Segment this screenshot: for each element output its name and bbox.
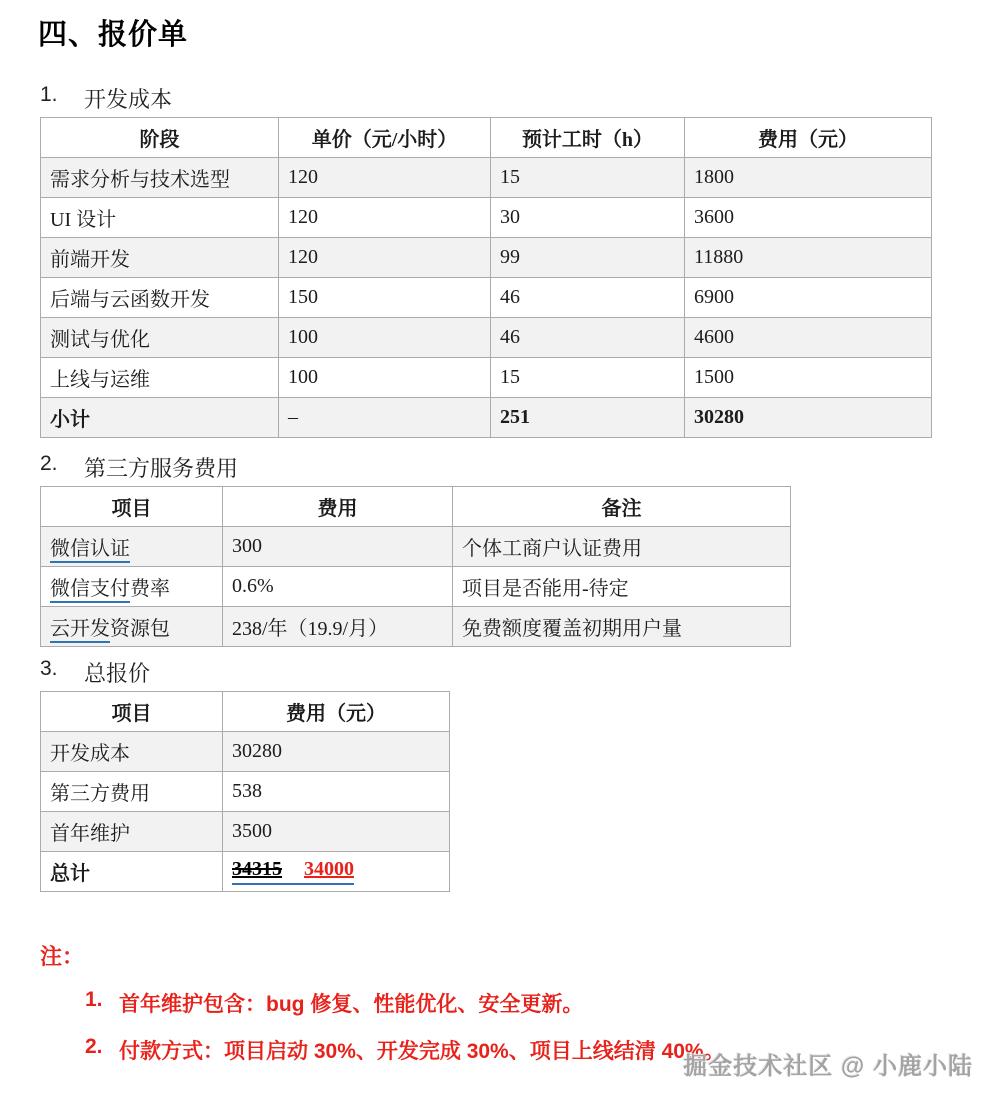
section-number: 1. [40,83,84,114]
cell-rate: – [279,398,491,438]
notes-block: 注： 1. 首年维护包含：bug 修复、性能优化、安全更新。 2. 付款方式：项… [40,940,725,1065]
cell-total-label: 总计 [41,852,223,892]
cell-hours: 99 [491,238,685,278]
cell-rate: 100 [279,358,491,398]
grand-total-row: 总计 3431534000 [41,852,450,892]
cell-total-value: 3431534000 [223,852,450,892]
table-header-row: 阶段 单价（元/小时） 预计工时（h） 费用（元） [41,118,932,158]
cell-rate: 100 [279,318,491,358]
cell-cost: 1800 [685,158,932,198]
column-header: 费用（元） [685,118,932,158]
table-row: UI 设计 120 30 3600 [41,198,932,238]
table-row: 首年维护 3500 [41,812,450,852]
note-text: 付款方式：项目启动 30%、开发完成 30%、项目上线结清 40%。 [119,1035,725,1065]
cell-phase: 需求分析与技术选型 [41,158,279,198]
notes-label: 注： [40,940,725,971]
cell-cost: 6900 [685,278,932,318]
total-value-group: 3431534000 [232,858,354,885]
column-header: 项目 [41,487,223,527]
cell-rate: 120 [279,238,491,278]
cell-cost-total: 30280 [685,398,932,438]
table-row: 微信认证 300 个体工商户认证费用 [41,527,791,567]
total-old-value: 34315 [232,858,282,880]
cell-item: 开发成本 [41,732,223,772]
cell-phase: 测试与优化 [41,318,279,358]
cell-cost: 1500 [685,358,932,398]
section-heading-label: 开发成本 [84,83,172,114]
table-row: 需求分析与技术选型 120 15 1800 [41,158,932,198]
cell-cost: 3600 [685,198,932,238]
column-header: 费用（元） [223,692,450,732]
section-number: 2. [40,452,84,483]
cell-item-rest: 费率 [130,578,170,600]
cloudbase-link[interactable]: 云开发 [50,618,110,643]
note-text: 首年维护包含：bug 修复、性能优化、安全更新。 [119,988,583,1018]
cell-hours-total: 251 [491,398,685,438]
cell-note: 免费额度覆盖初期用户量 [453,607,791,647]
section-heading-label: 总报价 [84,657,150,688]
table-row: 第三方费用 538 [41,772,450,812]
column-header: 预计工时（h） [491,118,685,158]
cell-rate: 120 [279,158,491,198]
note-number: 1. [85,988,119,1018]
third-party-table: 项目 费用 备注 微信认证 300 个体工商户认证费用 微信支付费率 0.6% … [40,486,791,647]
cell-item: 微信认证 [41,527,223,567]
section-heading-third-party: 2. 第三方服务费用 [40,452,238,483]
cell-phase: 前端开发 [41,238,279,278]
cell-note: 项目是否能用-待定 [453,567,791,607]
cell-rate: 150 [279,278,491,318]
cell-phase: 上线与运维 [41,358,279,398]
cell-cost: 30280 [223,732,450,772]
column-header: 单价（元/小时） [279,118,491,158]
column-header: 阶段 [41,118,279,158]
total-new-value: 34000 [304,858,354,880]
wechat-pay-link[interactable]: 微信支付 [50,578,130,603]
cell-cost: 3500 [223,812,450,852]
cell-cost: 11880 [685,238,932,278]
table-row: 开发成本 30280 [41,732,450,772]
column-header: 费用 [223,487,453,527]
cell-hours: 46 [491,318,685,358]
subtotal-row: 小计 – 251 30280 [41,398,932,438]
table-row: 微信支付费率 0.6% 项目是否能用-待定 [41,567,791,607]
column-header: 备注 [453,487,791,527]
section-heading-dev-cost: 1. 开发成本 [40,83,172,114]
section-number: 3. [40,657,84,688]
cell-item: 第三方费用 [41,772,223,812]
page-title: 四、报价单 [38,12,188,53]
total-quote-table: 项目 费用（元） 开发成本 30280 第三方费用 538 首年维护 3500 … [40,691,450,892]
column-header: 项目 [41,692,223,732]
cell-rate: 120 [279,198,491,238]
watermark: 掘金技术社区 @ 小鹿小陆 [683,1046,973,1081]
cell-hours: 30 [491,198,685,238]
note-item: 1. 首年维护包含：bug 修复、性能优化、安全更新。 [40,988,725,1018]
wechat-verification-link[interactable]: 微信认证 [50,538,130,563]
cell-item: 首年维护 [41,812,223,852]
cell-fee: 0.6% [223,567,453,607]
cell-item: 云开发资源包 [41,607,223,647]
cell-cost: 4600 [685,318,932,358]
table-row: 后端与云函数开发 150 46 6900 [41,278,932,318]
note-item: 2. 付款方式：项目启动 30%、开发完成 30%、项目上线结清 40%。 [40,1035,725,1065]
cell-item-rest: 资源包 [110,618,170,640]
cell-phase: UI 设计 [41,198,279,238]
cell-phase: 后端与云函数开发 [41,278,279,318]
cell-subtotal-label: 小计 [41,398,279,438]
section-heading-label: 第三方服务费用 [84,452,238,483]
table-row: 前端开发 120 99 11880 [41,238,932,278]
cell-item: 微信支付费率 [41,567,223,607]
cell-note: 个体工商户认证费用 [453,527,791,567]
table-row: 测试与优化 100 46 4600 [41,318,932,358]
cell-hours: 15 [491,358,685,398]
cell-hours: 46 [491,278,685,318]
dev-cost-table: 阶段 单价（元/小时） 预计工时（h） 费用（元） 需求分析与技术选型 120 … [40,117,932,438]
cell-cost: 538 [223,772,450,812]
note-number: 2. [85,1035,119,1065]
quotation-document: 四、报价单 1. 开发成本 阶段 单价（元/小时） 预计工时（h） 费用（元） … [0,0,999,1100]
cell-fee: 300 [223,527,453,567]
cell-hours: 15 [491,158,685,198]
table-row: 上线与运维 100 15 1500 [41,358,932,398]
cell-fee: 238/年（19.9/月） [223,607,453,647]
table-header-row: 项目 费用（元） [41,692,450,732]
section-heading-total: 3. 总报价 [40,657,150,688]
table-row: 云开发资源包 238/年（19.9/月） 免费额度覆盖初期用户量 [41,607,791,647]
table-header-row: 项目 费用 备注 [41,487,791,527]
